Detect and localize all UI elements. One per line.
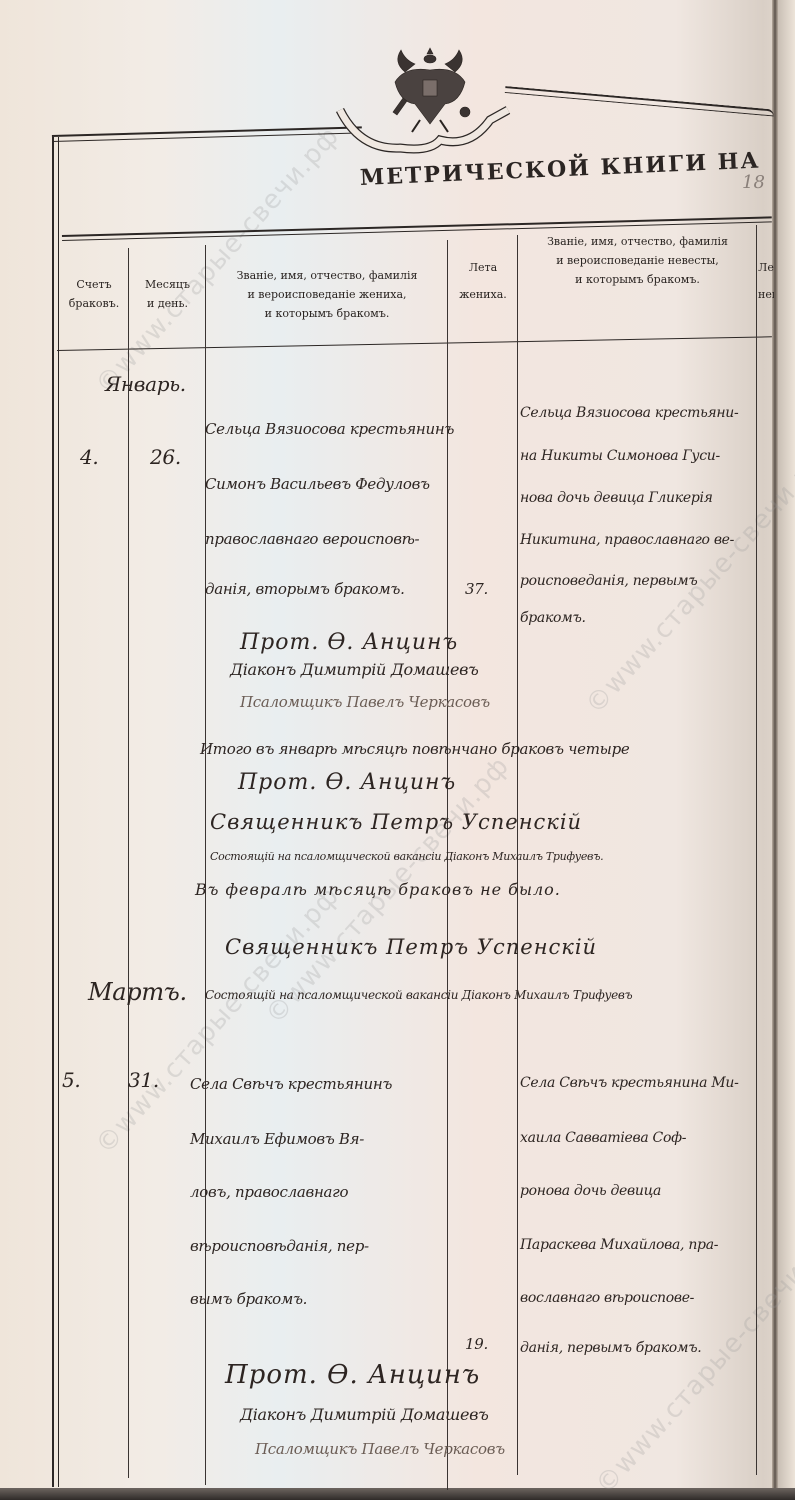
bride-line: на Никиты Симонова Гуси- bbox=[520, 448, 720, 464]
record-day: 26. bbox=[150, 445, 181, 469]
header-month-day: Месяцъ и день. bbox=[130, 275, 205, 313]
header-bride-details: Званіе, имя, отчество, фамилія и вероисп… bbox=[519, 232, 756, 289]
signature-psalmist: Псаломщикъ Павелъ Черкасовъ bbox=[240, 693, 490, 711]
header-groom-details: Званіе, имя, отчество, фамилія и вероисп… bbox=[207, 266, 447, 323]
groom-line: Симонъ Васильевъ Федуловъ bbox=[205, 475, 430, 493]
groom-line: вѣроисповѣданія, пер- bbox=[190, 1237, 369, 1255]
ribbon-banner bbox=[330, 80, 530, 160]
bride-line: Села Свѣчъ крестьянина Ми- bbox=[520, 1075, 739, 1091]
record-number: 4. bbox=[80, 445, 98, 469]
groom-line: ловъ, православнаго bbox=[190, 1183, 348, 1201]
signature-archpriest: Прот. Ѳ. Анцинъ bbox=[238, 770, 456, 795]
signature-psalmist: Псаломщикъ Павелъ Черкасовъ bbox=[255, 1440, 505, 1458]
header-line: Лета bbox=[449, 258, 517, 277]
header-line: браковъ. bbox=[60, 294, 128, 313]
month-label-march: Мартъ. bbox=[88, 978, 187, 1006]
header-line: Месяцъ bbox=[130, 275, 205, 294]
record-day: 31. bbox=[128, 1068, 159, 1092]
header-line: жениха. bbox=[449, 285, 517, 304]
signature-deacon-vacancy: Состоящій на псаломщической ваканcіи Діа… bbox=[210, 850, 603, 863]
groom-line: православнаго вероисповѣ- bbox=[205, 530, 419, 548]
header-line: Счетъ bbox=[60, 275, 128, 294]
column-divider bbox=[756, 225, 757, 1475]
bride-line: роисповеданія, первымъ bbox=[520, 573, 697, 589]
bride-line: Никитина, православнаго ве- bbox=[520, 532, 734, 548]
bride-line: Сельца Вязиосова крестьяни- bbox=[520, 405, 738, 421]
bride-line: хаила Савватіева Соф- bbox=[520, 1130, 686, 1146]
groom-line: вымъ бракомъ. bbox=[190, 1290, 307, 1308]
record-number: 5. bbox=[62, 1068, 80, 1092]
header-line: Званіе, имя, отчество, фамилія bbox=[207, 266, 447, 285]
groom-line: Села Свѣчъ крестьянинъ bbox=[190, 1075, 392, 1093]
header-line: и которымъ бракомъ. bbox=[519, 270, 756, 289]
bride-line: данія, первымъ бракомъ. bbox=[520, 1340, 701, 1356]
page-bottom-edge bbox=[0, 1488, 795, 1500]
header-groom-age: Лета жениха. bbox=[449, 258, 517, 304]
groom-line: Сельца Вязиосова крестьянинъ bbox=[205, 420, 454, 438]
column-divider bbox=[128, 248, 129, 1478]
month-label-january: Январь. bbox=[105, 372, 186, 396]
header-line: и вероисповеданіе невесты, bbox=[519, 251, 756, 270]
header-line: и день. bbox=[130, 294, 205, 313]
groom-age: 37. bbox=[465, 580, 488, 598]
signature-archpriest: Прот. Ѳ. Анцинъ bbox=[240, 630, 458, 655]
bride-line: ронова дочь девица bbox=[520, 1183, 661, 1199]
signature-deacon-vacancy: Состоящій на псаломщической ваканcіи Діа… bbox=[205, 988, 632, 1002]
bride-line: вославнаго вѣроиспове- bbox=[520, 1290, 694, 1306]
frame-border-top-right bbox=[505, 86, 775, 117]
groom-age: 19. bbox=[465, 1335, 488, 1353]
signature-deacon: Діаконъ Димитрiй Домашевъ bbox=[240, 1405, 489, 1424]
groom-line: данія, вторымъ бракомъ. bbox=[205, 580, 405, 598]
header-line: нев bbox=[758, 285, 774, 304]
signature-priest: Священникъ Петръ Успенскій bbox=[225, 935, 597, 959]
header-line: Ле bbox=[758, 258, 774, 277]
bride-line: Параскева Михайлова, пра- bbox=[520, 1237, 718, 1253]
signature-archpriest: Прот. Ѳ. Анцинъ bbox=[225, 1360, 480, 1390]
february-note: Въ февралѣ мѣсяцѣ браковъ не было. bbox=[195, 880, 561, 899]
header-line: и вероисповеданіе жениха, bbox=[207, 285, 447, 304]
header-line: и которымъ бракомъ. bbox=[207, 304, 447, 323]
groom-line: Михаилъ Ефимовъ Вя- bbox=[190, 1130, 364, 1148]
header-bride-age: Ле нев bbox=[758, 258, 774, 304]
frame-border-left bbox=[52, 137, 59, 1487]
bride-line: бракомъ. bbox=[520, 610, 586, 626]
title-year: 18 bbox=[742, 172, 765, 193]
signature-priest: Священникъ Петръ Успенскій bbox=[210, 810, 582, 834]
signature-deacon: Діаконъ Димитрiй Домашевъ bbox=[230, 660, 479, 679]
january-total: Итого въ январѣ мѣсяцѣ повѣнчано браковъ… bbox=[200, 740, 629, 758]
bride-line: нова дочь девица Гликерія bbox=[520, 490, 713, 506]
watermark: ©www.старые-свечи.рф bbox=[590, 1221, 795, 1500]
header-line: Званіе, имя, отчество, фамилія bbox=[519, 232, 756, 251]
header-count-of-marriages: Счетъ браковъ. bbox=[60, 275, 128, 313]
